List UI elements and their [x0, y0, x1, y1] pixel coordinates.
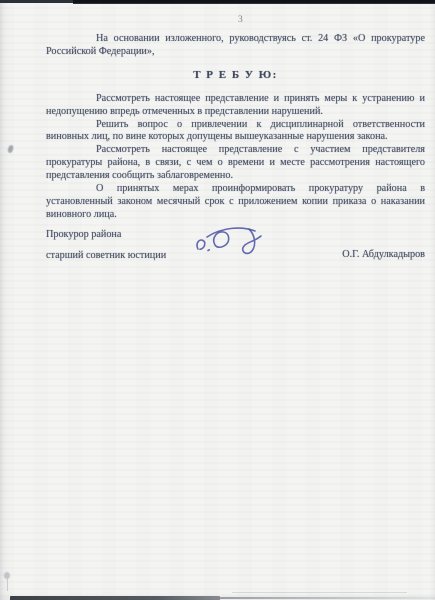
document-body: На основании изложенного, руководствуясь…: [46, 33, 425, 279]
scan-edge-bottom-faint-line: [232, 592, 407, 593]
demand-paragraph-3: Рассмотреть настоящее представление с уч…: [46, 144, 425, 183]
signer-name: О.Г. Абдулкадыров: [342, 249, 425, 262]
signer-post-line-2: старший советник юстиции: [46, 250, 166, 263]
demand-paragraph-4: О принятых мерах проинформировать прокур…: [46, 183, 425, 222]
scan-smudge-left: [7, 145, 14, 154]
signer-post-line-1: Прокурор района: [46, 229, 121, 242]
page-number: 3: [238, 15, 243, 25]
scanned-document-page: 3 На основании изложенного, руководствуя…: [0, 0, 435, 600]
scan-mark-bottom-left-stem: [7, 578, 8, 591]
scan-edge-top-dark: [73, 0, 435, 4]
intro-paragraph: На основании изложенного, руководствуясь…: [46, 33, 425, 59]
scan-edge-bottom-dark: [10, 596, 220, 600]
handwritten-signature-ink: [192, 223, 272, 263]
demand-paragraph-2: Решить вопрос о привлечении к дисциплина…: [46, 119, 425, 145]
signature-block: Прокурор района старший советник юстиции…: [46, 229, 425, 279]
demand-heading: Т Р Е Б У Ю:: [46, 69, 425, 82]
demand-paragraph-1: Рассмотреть настоящее представление и пр…: [46, 93, 425, 119]
scan-edge-bottom-light: [220, 597, 435, 599]
